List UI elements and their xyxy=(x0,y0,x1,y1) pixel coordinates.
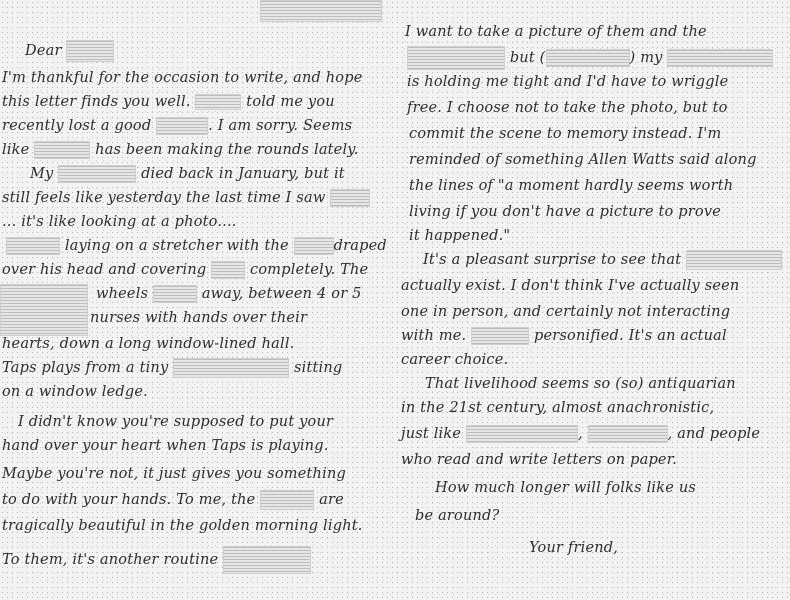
letter-line: the lines of "a moment hardly seems wort… xyxy=(409,176,733,196)
line-text: To them, it's another routine xyxy=(2,552,218,568)
line-text: ) my xyxy=(630,50,663,66)
line-text: are xyxy=(319,492,344,508)
letter-line: I'm thankful for the occasion to write, … xyxy=(2,68,363,88)
redacted-word xyxy=(58,165,136,183)
line-text: told me you xyxy=(246,94,335,110)
line-text: That livelihood seems so (so) antiquaria… xyxy=(425,376,736,392)
line-text: with me. xyxy=(401,328,466,344)
line-text: I didn't know you're supposed to put you… xyxy=(18,414,333,430)
line-text: away, between 4 or 5 xyxy=(202,286,362,302)
letter-line: That livelihood seems so (so) antiquaria… xyxy=(425,374,736,394)
letter-left-page: Dear I'm thankful for the occasion to wr… xyxy=(0,0,395,600)
letter-right-page: I want to take a picture of them and the… xyxy=(395,0,790,600)
letter-line: recently lost a good . I am sorry. Seems xyxy=(2,116,352,136)
line-text: Taps plays from a tiny xyxy=(2,360,168,376)
redacted-word xyxy=(546,49,630,67)
line-text: in the 21st century, almost anachronisti… xyxy=(401,400,714,416)
redacted-name xyxy=(330,189,370,207)
redacted-block xyxy=(0,284,88,336)
line-text: but ( xyxy=(510,50,546,66)
letter-line: I want to take a picture of them and the xyxy=(405,22,707,42)
line-text: free. I choose not to take the photo, bu… xyxy=(407,100,728,116)
line-text: just like xyxy=(401,426,461,442)
redacted-word xyxy=(407,46,505,70)
redacted-word xyxy=(153,285,197,303)
letter-line: in the 21st century, almost anachronisti… xyxy=(401,398,714,418)
line-text: actually exist. I don't think I've actua… xyxy=(401,278,739,294)
line-text: to do with your hands. To me, the xyxy=(2,492,255,508)
line-text: has been making the rounds lately. xyxy=(95,142,359,158)
line-text: career choice. xyxy=(401,352,508,368)
letter-line: this letter finds you well. told me you xyxy=(2,92,335,112)
letter-line: laying on a stretcher with the draped xyxy=(6,236,387,256)
line-text: Maybe you're not, it just gives you some… xyxy=(2,466,346,482)
line-text: sitting xyxy=(294,360,342,376)
line-text: I'm thankful for the occasion to write, … xyxy=(2,70,363,86)
line-text: laying on a stretcher with the xyxy=(65,238,289,254)
letter-line: it happened." xyxy=(409,226,510,246)
line-text: reminded of something Allen Watts said a… xyxy=(409,152,757,168)
letter-line: nurses with hands over their xyxy=(90,308,307,328)
salutation-text: Dear xyxy=(25,43,62,59)
letter-line: to do with your hands. To me, the are xyxy=(2,490,344,510)
line-text: still feels like yesterday the last time… xyxy=(2,190,326,206)
redacted-word xyxy=(588,425,668,443)
redacted-name xyxy=(6,237,60,255)
redacted-word xyxy=(156,117,208,135)
line-text: died back in January, but it xyxy=(141,166,345,182)
line-text: is holding me tight and I'd have to wrig… xyxy=(407,74,728,90)
letter-line: Maybe you're not, it just gives you some… xyxy=(2,464,346,484)
redacted-word xyxy=(173,358,289,378)
salutation: Dear xyxy=(25,40,114,62)
letter-line: My died back in January, but it xyxy=(30,164,345,184)
line-text: over his head and covering xyxy=(2,262,206,278)
letter-line: just like , , and people xyxy=(401,424,760,444)
line-text: who read and write letters on paper. xyxy=(401,452,677,468)
redacted-name xyxy=(66,40,114,62)
line-text: like xyxy=(2,142,29,158)
letter-line: free. I choose not to take the photo, bu… xyxy=(407,98,728,118)
letter-line: with me. personified. It's an actual xyxy=(401,326,727,346)
redacted-word xyxy=(466,425,578,443)
line-text: one in person, and certainly not interac… xyxy=(401,304,730,320)
line-text: the lines of "a moment hardly seems wort… xyxy=(409,178,733,194)
letter-line: like has been making the rounds lately. xyxy=(2,140,359,160)
line-text: hearts, down a long window-lined hall. xyxy=(2,336,294,352)
closing: Your friend, xyxy=(529,538,618,558)
redacted-word xyxy=(294,237,334,255)
letter-line: still feels like yesterday the last time… xyxy=(2,188,370,208)
letter-line: hand over your heart when Taps is playin… xyxy=(2,436,329,456)
letter-line: It's a pleasant surprise to see that xyxy=(423,250,782,270)
redacted-name xyxy=(195,94,241,110)
redacted-word xyxy=(260,490,314,510)
letter-line: wheels away, between 4 or 5 xyxy=(96,284,362,304)
line-text: , xyxy=(578,426,583,442)
line-text: I want to take a picture of them and the xyxy=(405,24,707,40)
line-text: tragically beautiful in the golden morni… xyxy=(2,518,363,534)
line-text: completely. The xyxy=(250,262,368,278)
redacted-word xyxy=(211,261,245,279)
line-text: . I am sorry. Seems xyxy=(208,118,352,134)
letter-line: but () my xyxy=(407,46,773,70)
line-text: it happened." xyxy=(409,228,510,244)
letter-line: over his head and covering completely. T… xyxy=(2,260,368,280)
letter-line: actually exist. I don't think I've actua… xyxy=(401,276,739,296)
letter-line: career choice. xyxy=(401,350,508,370)
redacted-word xyxy=(34,141,90,159)
line-text: It's a pleasant surprise to see that xyxy=(423,252,681,268)
line-text: be around? xyxy=(415,508,500,524)
letter-line: living if you don't have a picture to pr… xyxy=(409,202,721,222)
line-text: draped xyxy=(334,238,387,254)
redacted-word xyxy=(686,250,782,270)
letter-line: who read and write letters on paper. xyxy=(401,450,677,470)
line-text: nurses with hands over their xyxy=(90,310,307,326)
letter-line: tragically beautiful in the golden morni… xyxy=(2,516,363,536)
letter-line: To them, it's another routine xyxy=(2,546,311,574)
letter-line: hearts, down a long window-lined hall. xyxy=(2,334,294,354)
line-text: How much longer will folks like us xyxy=(435,480,696,496)
letter-line: Taps plays from a tiny sitting xyxy=(2,358,342,378)
line-text: commit the scene to memory instead. I'm xyxy=(409,126,721,142)
line-text: My xyxy=(30,166,53,182)
letter-line: I didn't know you're supposed to put you… xyxy=(18,412,333,432)
redacted-word xyxy=(223,546,311,574)
closing-text: Your friend, xyxy=(529,540,618,556)
line-text: personified. It's an actual xyxy=(534,328,727,344)
letter-line: commit the scene to memory instead. I'm xyxy=(409,124,721,144)
letter-line: is holding me tight and I'd have to wrig… xyxy=(407,72,728,92)
letter-line: reminded of something Allen Watts said a… xyxy=(409,150,757,170)
letter-line: ... it's like looking at a photo.... xyxy=(2,212,237,232)
line-text: , and people xyxy=(668,426,761,442)
line-text: hand over your heart when Taps is playin… xyxy=(2,438,329,454)
redacted-word xyxy=(471,327,529,345)
redacted-word xyxy=(667,49,773,67)
line-text: this letter finds you well. xyxy=(2,94,191,110)
letter-line: on a window ledge. xyxy=(2,382,148,402)
line-text: ... it's like looking at a photo.... xyxy=(2,214,237,230)
line-text: wheels xyxy=(96,286,148,302)
line-text: living if you don't have a picture to pr… xyxy=(409,204,721,220)
letter-line: one in person, and certainly not interac… xyxy=(401,302,730,322)
line-text: recently lost a good xyxy=(2,118,151,134)
letter-line: be around? xyxy=(415,506,500,526)
letter-line: How much longer will folks like us xyxy=(435,478,696,498)
line-text: on a window ledge. xyxy=(2,384,148,400)
